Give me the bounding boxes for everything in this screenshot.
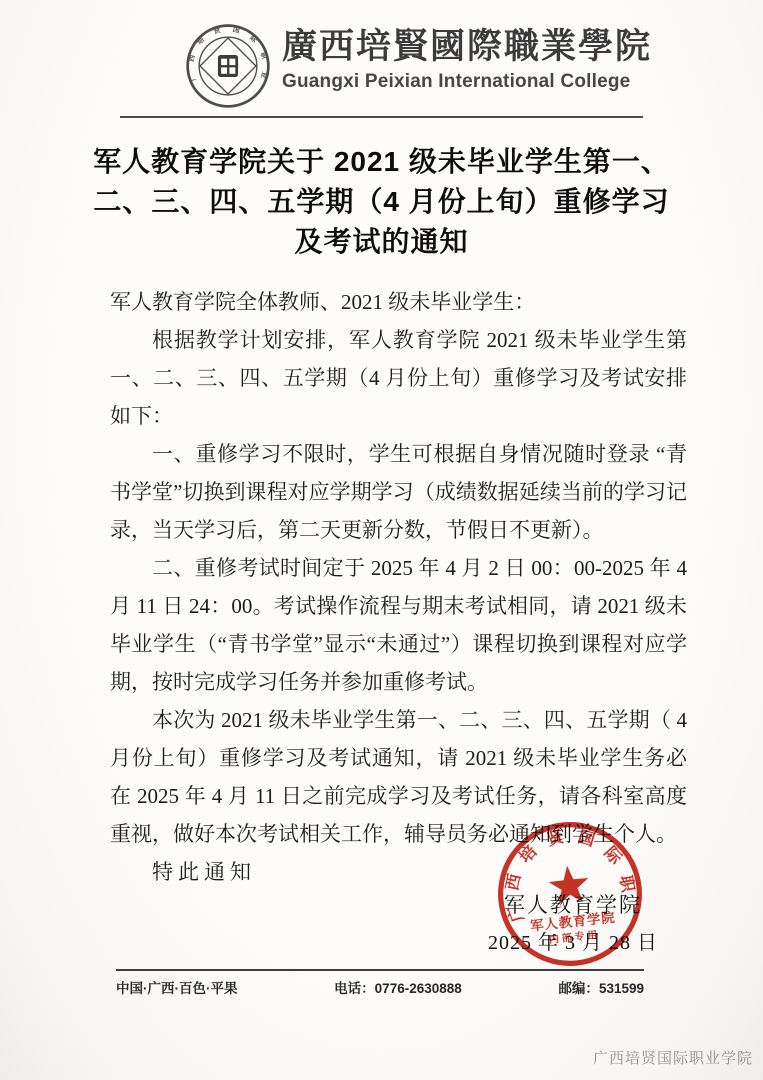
college-name-chinese: 廣西培賢國際職業學院 [282, 24, 652, 70]
college-emblem-icon: 广西培贤国际职业学院 [184, 22, 272, 115]
footer-phone-number: 0776-2630888 [375, 981, 462, 996]
notice-title-line1: 军人教育学院关于 2021 级未毕业学生第一、 [75, 142, 688, 182]
college-names: 廣西培賢國際職業學院 Guangxi Peixian International… [282, 22, 652, 94]
college-name-english: Guangxi Peixian International College [282, 70, 652, 94]
letterhead: 广西培贤国际职业学院 廣西培賢國際職業學院 Guangxi Peixian In… [184, 22, 652, 115]
paragraph-arrangement: 根据教学计划安排，军人教育学院 2021 级未毕业学生第一、二、三、四、五学期（… [110, 321, 687, 435]
footer-postal: 邮编：531599 [558, 977, 644, 997]
seal-inner-line1: 军人教育学院 [530, 909, 617, 934]
letterhead-divider [120, 116, 643, 118]
footer-location: 中国·广西·百色·平果 [116, 977, 238, 997]
watermark-text: 广西培贤国际职业学院 [593, 1047, 753, 1068]
salutation: 军人教育学院全体教师、2021 级未毕业学生： [110, 283, 687, 321]
notice-title-line2: 二、三、四、五学期（4 月份上旬）重修学习 [75, 182, 688, 222]
paragraph-item2-exam-time: 二、重修考试时间定于 2025 年 4 月 2 日 00：00-2025 年 4… [110, 549, 687, 701]
footer-postal-label: 邮编： [558, 981, 599, 996]
paragraph-item1-study: 一、重修学习不限时，学生可根据自身情况随时登录 “青书学堂”切换到课程对应学期学… [110, 435, 687, 549]
seal-star-icon [547, 864, 590, 906]
seal-ring-text: 广西培贤国际职业学院 [486, 810, 639, 927]
notice-title-line3: 及考试的通知 [75, 222, 688, 262]
footer: 中国·广西·百色·平果 电话：0776-2630888 邮编：531599 [116, 977, 644, 997]
footer-phone-label: 电话： [334, 981, 375, 996]
footer-phone: 电话：0776-2630888 [334, 977, 462, 997]
footer-postal-code: 531599 [599, 981, 644, 996]
scanned-notice-page: 广西培贤国际职业学院 廣西培賢國際職業學院 Guangxi Peixian In… [0, 0, 763, 1080]
official-seal-stamp: 广西培贤国际职业学院 军人教育学院 内部专用 [486, 810, 653, 977]
notice-body: 军人教育学院全体教师、2021 级未毕业学生： 根据教学计划安排，军人教育学院 … [110, 283, 687, 891]
notice-title: 军人教育学院关于 2021 级未毕业学生第一、 二、三、四、五学期（4 月份上旬… [75, 142, 688, 262]
svg-text:广西培贤国际职业学院: 广西培贤国际职业学院 [486, 810, 639, 927]
